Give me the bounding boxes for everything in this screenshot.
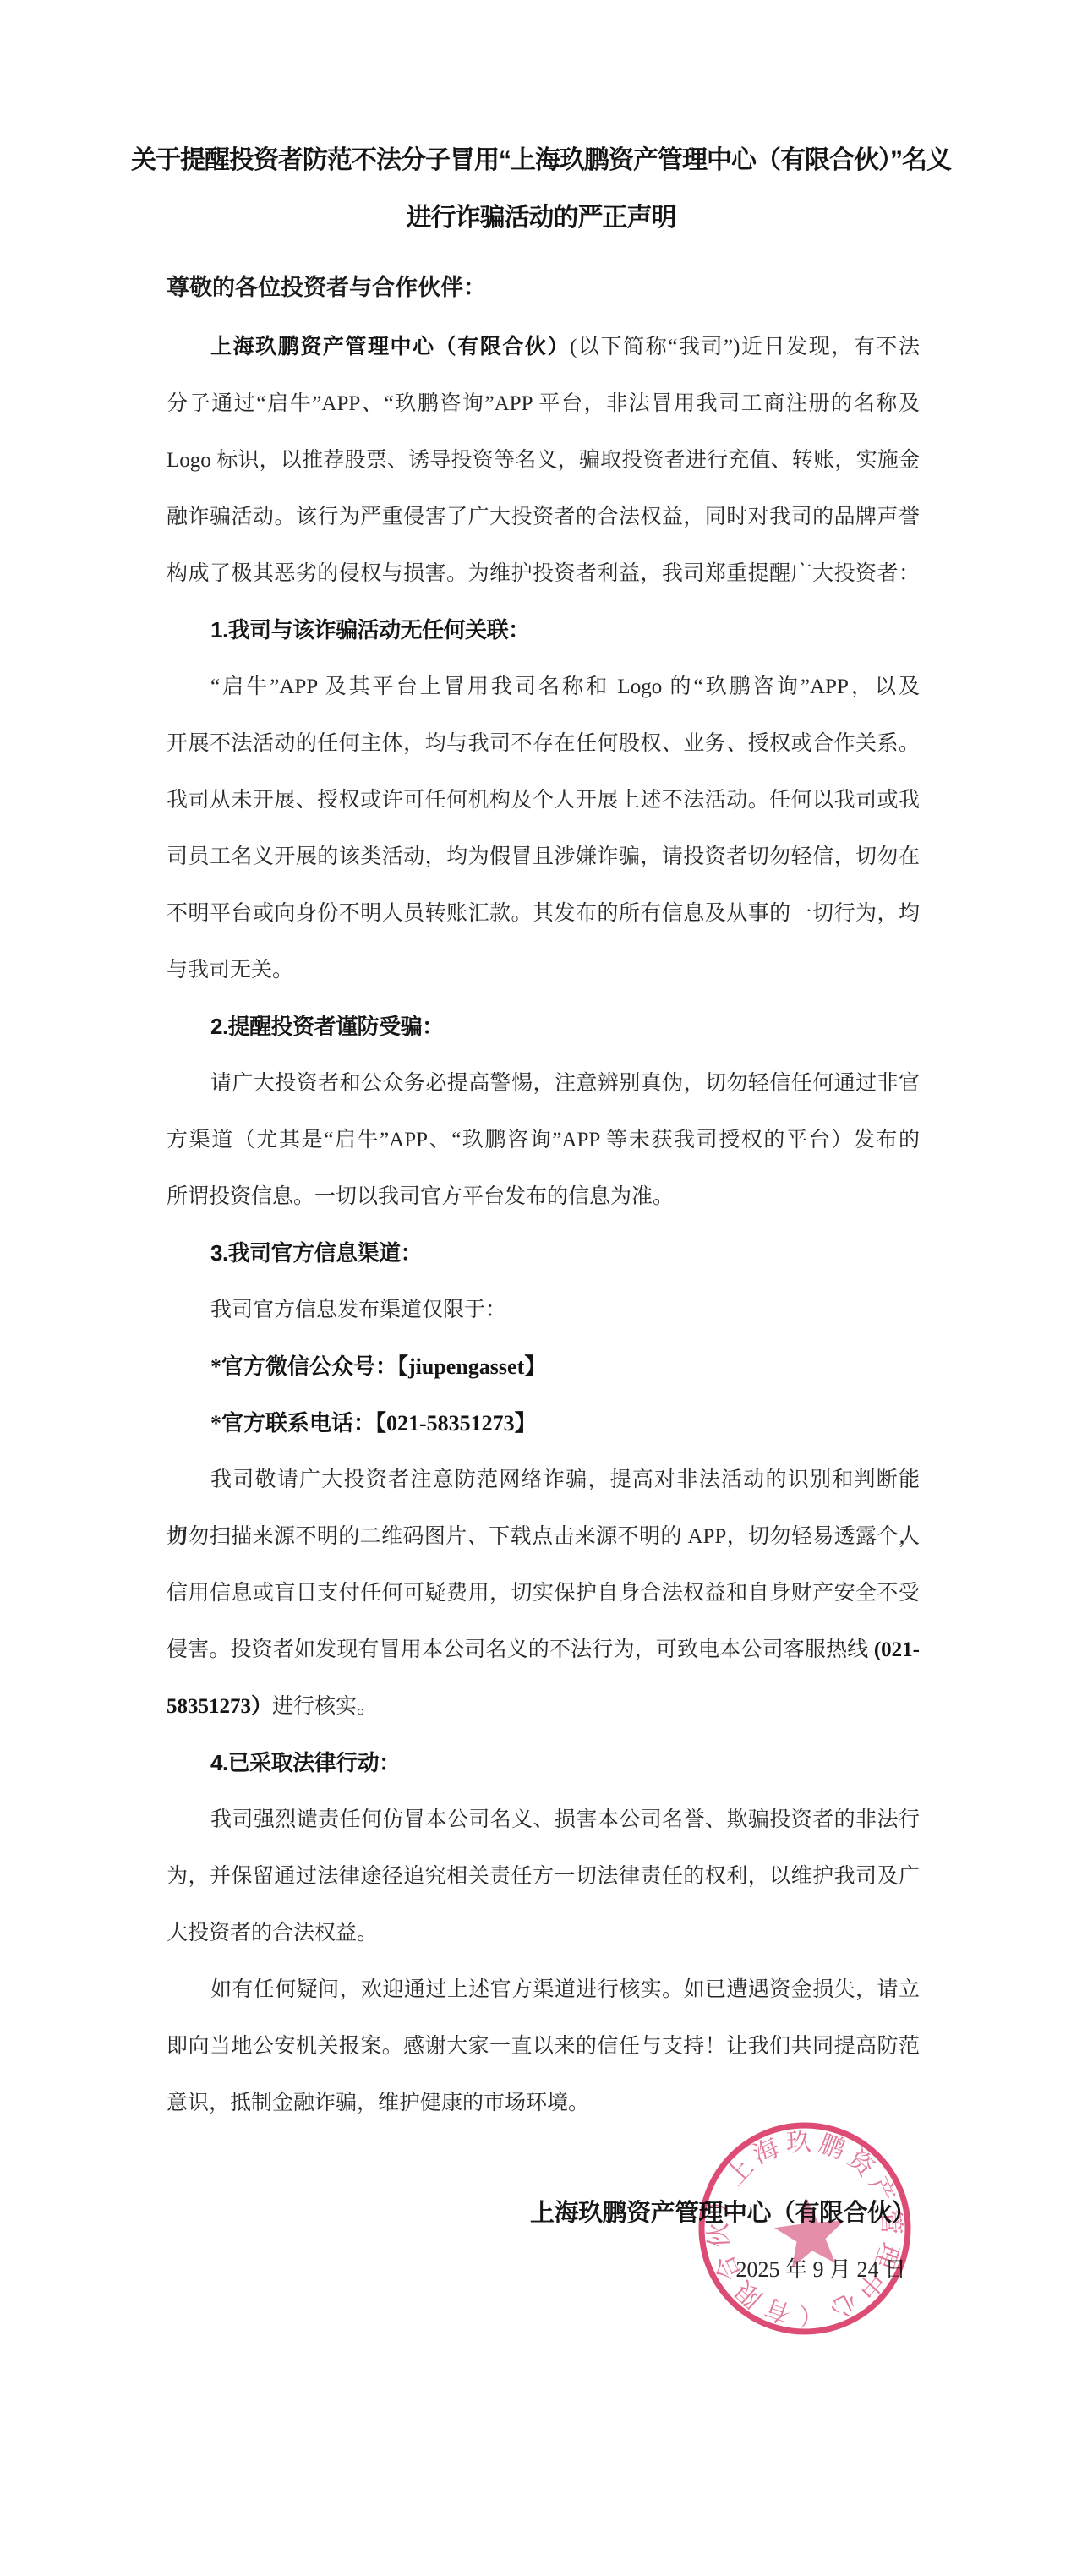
official-phone-line: *官方联系电话：【021-58351273】	[167, 1395, 920, 1452]
salutation: 尊敬的各位投资者与合作伙伴：	[167, 260, 920, 315]
statement-title: 关于提醒投资者防范不法分子冒用“上海玖鹏资产管理中心（有限合伙）”名义 进行诈骗…	[0, 132, 1082, 247]
closing-line-3: 意识，抵制金融诈骗，维护健康的市场环境。	[167, 2075, 920, 2131]
statement-title-line-1: 关于提醒投资者防范不法分子冒用“上海玖鹏资产管理中心（有限合伙）”名义	[0, 132, 1082, 189]
section-3-line-1: 我司官方信息发布渠道仅限于：	[167, 1282, 920, 1338]
section-4-line-2: 为，并保留通过法律途径追究相关责任方一切法律责任的权利，以维护我司及广	[167, 1848, 920, 1905]
section-3-line-6: 信用信息或盲目支付任何可疑费用，切实保护自身合法权益和自身财产安全不受	[167, 1565, 920, 1622]
section-heading-2: 2.提醒投资者谨防受骗：	[167, 998, 920, 1055]
section-3-line-5: 切勿扫描来源不明的二维码图片、下载点击来源不明的 APP，切勿轻易透露个人	[167, 1508, 920, 1565]
section-heading-1: 1.我司与该诈骗活动无任何关联：	[167, 602, 920, 659]
body-line-intro-1: 上海玖鹏资产管理中心（有限合伙）(以下简称“我司”)近日发现，有不法	[167, 319, 920, 375]
statement-body: 上海玖鹏资产管理中心（有限合伙）(以下简称“我司”)近日发现，有不法 分子通过“…	[167, 319, 920, 2131]
body-line-intro-4: 融诈骗活动。该行为严重侵害了广大投资者的合法权益，同时对我司的品牌声誉	[167, 489, 920, 545]
hotline-number-part-1: (021-	[874, 1638, 920, 1661]
section-heading-3: 3.我司官方信息渠道：	[167, 1225, 920, 1282]
document-page: 关于提醒投资者防范不法分子冒用“上海玖鹏资产管理中心（有限合伙）”名义 进行诈骗…	[0, 0, 1082, 2576]
section-2-line-1: 请广大投资者和公众务必提高警惕，注意辨别真伪，切勿轻信任何通过非官	[167, 1055, 920, 1112]
official-wechat-line: *官方微信公众号：【jiupengasset】	[167, 1338, 920, 1395]
hotline-number-part-2: 58351273）	[167, 1695, 272, 1718]
section-3-line-7: 侵害。投资者如发现有冒用本公司名义的不法行为，可致电本公司客服热线 (021-	[167, 1622, 920, 1678]
closing-line-2: 即向当地公安机关报案。感谢大家一直以来的信任与支持！让我们共同提高防范	[167, 2018, 920, 2075]
section-1-line-6: 与我司无关。	[167, 942, 920, 998]
section-1-line-3: 我司从未开展、授权或许可任何机构及个人开展上述不法活动。任何以我司或我	[167, 772, 920, 829]
section-1-line-1: “启牛”APP 及其平台上冒用我司名称和 Logo 的“玖鹏咨询”APP，以及	[167, 659, 920, 715]
section-3-line-8: 58351273）进行核实。	[167, 1678, 920, 1735]
section-1-line-5: 不明平台或向身份不明人员转账汇款。其发布的所有信息及从事的一切行为，均	[167, 885, 920, 942]
body-line-intro-2: 分子通过“启牛”APP、“玖鹏咨询”APP 平台，非法冒用我司工商注册的名称及	[167, 375, 920, 432]
section-1-line-4: 司员工名义开展的该类活动，均为假冒且涉嫌诈骗，请投资者切勿轻信，切勿在	[167, 829, 920, 885]
section-2-line-3: 所谓投资信息。一切以我司官方平台发布的信息为准。	[167, 1168, 920, 1225]
section-4-line-1: 我司强烈谴责任何仿冒本公司名义、损害本公司名誉、欺骗投资者的非法行	[167, 1791, 920, 1848]
body-line-intro-3: Logo 标识，以推荐股票、诱导投资等名义，骗取投资者进行充值、转账，实施金	[167, 432, 920, 489]
body-line-intro-5: 构成了极其恶劣的侵权与损害。为维护投资者利益，我司郑重提醒广大投资者：	[167, 545, 920, 602]
section-1-line-2: 开展不法活动的任何主体，均与我司不存在任何股权、业务、授权或合作关系。	[167, 715, 920, 772]
signature-company: 上海玖鹏资产管理中心（有限合伙）	[167, 2195, 920, 2232]
closing-line-1: 如有任何疑问，欢迎通过上述官方渠道进行核实。如已遭遇资金损失，请立	[167, 1961, 920, 2018]
section-4-line-3: 大投资者的合法权益。	[167, 1905, 920, 1961]
section-3-line-4: 我司敬请广大投资者注意防范网络诈骗，提高对非法活动的识别和判断能力，	[167, 1452, 920, 1508]
section-heading-4: 4.已采取法律行动：	[167, 1735, 920, 1791]
section-2-line-2: 方渠道（尤其是“启牛”APP、“玖鹏咨询”APP 等未获我司授权的平台）发布的	[167, 1112, 920, 1168]
company-name-bold: 上海玖鹏资产管理中心（有限合伙）	[210, 336, 570, 358]
statement-title-line-2: 进行诈骗活动的严正声明	[0, 189, 1082, 247]
signature-date: 2025 年 9 月 24 日	[167, 2254, 920, 2286]
